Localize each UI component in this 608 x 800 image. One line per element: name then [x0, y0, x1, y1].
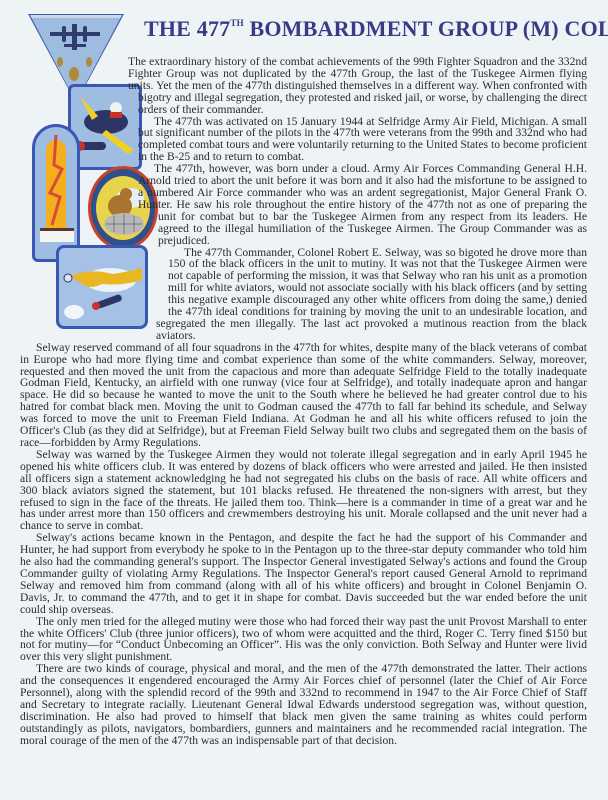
wrap-spacer [20, 164, 138, 212]
document-page: THE 477TH BOMBARDMENT GROUP (M) COLORED … [0, 0, 608, 800]
wrap-spacer [20, 56, 128, 80]
title-superscript: TH [230, 18, 243, 28]
page-title: THE 477TH BOMBARDMENT GROUP (M) COLORED [144, 16, 608, 42]
wrap-spacer [20, 248, 168, 308]
paragraph-command: Selway reserved command of all four squa… [20, 342, 587, 449]
title-text-suffix: BOMBARDMENT GROUP (M) COLORED [244, 16, 608, 41]
paragraph-trial: The only men tried for the alleged mutin… [20, 616, 587, 664]
paragraph-pentagon: Selway's actions became known in the Pen… [20, 532, 587, 615]
paragraph-courage: There are two kinds of courage, physical… [20, 663, 587, 746]
article-body: The extraordinary history of the combat … [20, 56, 587, 747]
paragraph-club: Selway was warned by the Tuskegee Airmen… [20, 449, 587, 532]
wrap-spacer [20, 80, 108, 164]
title-text-prefix: THE 477 [144, 16, 230, 41]
wrap-spacer [20, 308, 156, 332]
wrap-spacer [20, 212, 158, 248]
